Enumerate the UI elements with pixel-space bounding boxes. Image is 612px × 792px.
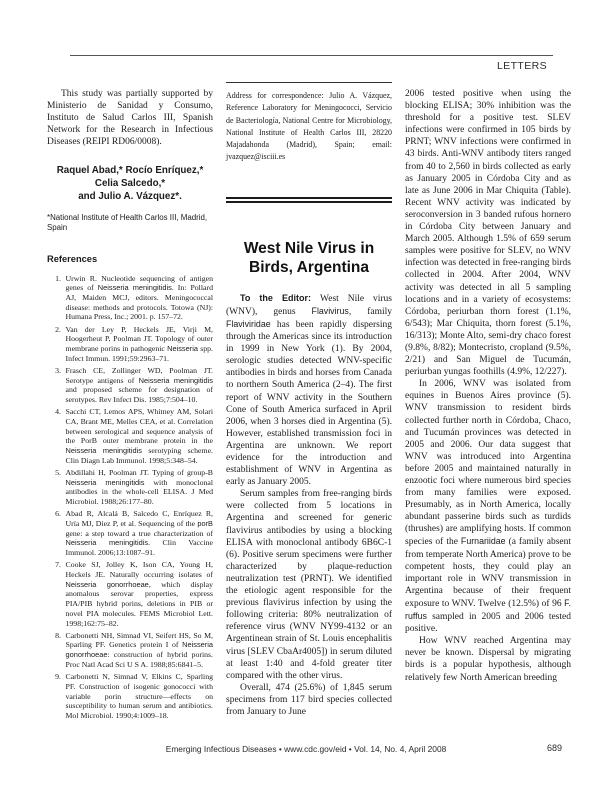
reference-number: 9. xyxy=(47,672,61,721)
references-list: 1.Urwin R. Nucleotide sequencing of anti… xyxy=(47,274,213,721)
reference-text: Sacchi CT, Lemos APS, Whitney AM, Solari… xyxy=(66,407,214,465)
reference-text: Van der Ley P, Heckels JE, Virji M, Hoog… xyxy=(66,325,214,364)
text-run: Neisseria meningitidis xyxy=(66,538,149,547)
author-block: Raquel Abad,* Rocío Enríquez,*Celia Salc… xyxy=(47,165,213,203)
reference-number: 7. xyxy=(47,560,61,628)
reference-item: 9.Carbonetti N, Simnad V, Elkins C, Spar… xyxy=(47,672,213,721)
acknowledgment-block: This study was partially supported by Mi… xyxy=(47,88,213,148)
text-run: Neisseria xyxy=(167,344,198,353)
text-run: 2006 tested positive when using the bloc… xyxy=(405,89,571,377)
journal-footer: Emerging Infectious Diseases • www.cdc.g… xyxy=(0,744,612,754)
article-divider xyxy=(226,197,392,203)
reference-item: 1.Urwin R. Nucleotide sequencing of anti… xyxy=(47,274,213,323)
left-column: This study was partially supported by Mi… xyxy=(47,82,213,744)
reference-number: 1. xyxy=(47,274,61,323)
text-run: Address for correspondence: Julio A. Váz… xyxy=(226,91,392,161)
right-column: 2006 tested positive when using the bloc… xyxy=(405,82,571,744)
paragraph: To the Editor: West Nile virus (WNV), ge… xyxy=(226,292,392,489)
reference-number: 2. xyxy=(47,325,61,364)
reference-item: 2.Van der Ley P, Heckels JE, Virji M, Ho… xyxy=(47,325,213,364)
paragraph: Overall, 474 (25.6%) of 1,845 serum spec… xyxy=(226,682,392,718)
page-columns: This study was partially supported by Mi… xyxy=(47,82,571,744)
text-run: sampled in 2005 and 2006 tested positive… xyxy=(405,612,571,634)
page-number: 689 xyxy=(547,743,562,753)
reference-item: 4.Sacchi CT, Lemos APS, Whitney AM, Sola… xyxy=(47,407,213,465)
text-run: porB xyxy=(197,519,213,528)
journal-page: LETTERS This study was partially support… xyxy=(0,0,612,792)
correspondence-block: Address for correspondence: Julio A. Váz… xyxy=(226,90,392,164)
text-run: and proposed scheme for designation of s… xyxy=(66,385,214,404)
text-run: , family xyxy=(349,307,392,317)
references-heading: References xyxy=(47,254,213,264)
text-run: Sacchi CT, Lemos APS, Whitney AM, Solari… xyxy=(66,407,214,445)
text-run: Neisseria meningitidis xyxy=(98,283,172,292)
text-run: gene: a step toward a true characterizat… xyxy=(66,529,214,538)
text-run: has been rapidly dispersing through the … xyxy=(226,320,392,487)
text-run: Flavivirus xyxy=(312,306,349,316)
affiliation-note: *National Institute of Health Carlos III… xyxy=(47,213,213,234)
text-run: (a family absent from temperate North Am… xyxy=(405,537,571,608)
reference-item: 5.Abdillahi H, Poolman JT. Typing of gro… xyxy=(47,468,213,507)
paragraph: Serum samples from free-ranging birds we… xyxy=(226,488,392,682)
reference-number: 8. xyxy=(47,631,61,670)
middle-column: Address for correspondence: Julio A. Váz… xyxy=(226,82,392,744)
reference-number: 6. xyxy=(47,509,61,558)
text-run: Flaviviridae xyxy=(226,319,271,329)
reference-number: 5. xyxy=(47,468,61,507)
text-run: Furnariidae xyxy=(461,536,506,546)
header-rule xyxy=(70,55,553,56)
text-run: Carbonetti N, Simnad V, Elkins C, Sparli… xyxy=(66,672,214,720)
reference-number: 3. xyxy=(47,366,61,405)
text-run: To the Editor: xyxy=(240,293,320,303)
text-line: and Julio A. Vázquez*. xyxy=(47,191,213,204)
reference-item: 8.Carbonetti NH, Simnad VI, Seifert HS, … xyxy=(47,631,213,670)
paragraph: 2006 tested positive when using the bloc… xyxy=(405,88,571,378)
text-run: Neisseria meningitidis xyxy=(66,446,142,455)
text-line: Celia Salcedo,* xyxy=(47,178,213,191)
article-title: West Nile Virus in Birds, Argentina xyxy=(226,239,392,277)
text-run: Neisseria gonorrhoeae xyxy=(66,580,149,589)
paragraph: Address for correspondence: Julio A. Váz… xyxy=(226,90,392,164)
reference-text: Abdillahi H, Poolman JT. Typing of group… xyxy=(66,468,214,507)
text-line: Raquel Abad,* Rocío Enríquez,* xyxy=(47,165,213,178)
reference-number: 4. xyxy=(47,407,61,465)
reference-text: Carbonetti N, Simnad V, Elkins C, Sparli… xyxy=(66,672,214,721)
reference-text: Urwin R. Nucleotide sequencing of antige… xyxy=(66,274,214,323)
section-label: LETTERS xyxy=(497,60,547,72)
text-run: Neisseria meningitidis xyxy=(66,478,145,487)
article-body: To the Editor: West Nile virus (WNV), ge… xyxy=(226,292,392,718)
text-run: Overall, 474 (25.6%) of 1,845 serum spec… xyxy=(226,683,392,717)
reference-text: Carbonetti NH, Simnad VI, Seifert HS, So… xyxy=(66,631,214,670)
reference-text: Cooke SJ, Jolley K, Ison CA, Young H, He… xyxy=(66,560,214,628)
paragraph: In 2006, WNV was isolated from equines i… xyxy=(405,378,571,635)
text-run: In 2006, WNV was isolated from equines i… xyxy=(405,379,571,547)
reference-text: Frasch CE, Zollinger WD, Poolman JT. Ser… xyxy=(66,366,214,405)
paragraph: How WNV reached Argentina may never be k… xyxy=(405,635,571,683)
paragraph: This study was partially supported by Mi… xyxy=(47,88,213,148)
article-body-continued: 2006 tested positive when using the bloc… xyxy=(405,88,571,684)
reference-item: 7.Cooke SJ, Jolley K, Ison CA, Young H, … xyxy=(47,560,213,628)
correspondence-rule xyxy=(226,82,392,83)
text-run: Abad R, Alcalá B, Salcedo C, Enríquez R,… xyxy=(66,509,214,528)
reference-text: Abad R, Alcalá B, Salcedo C, Enríquez R,… xyxy=(66,509,214,558)
text-run: This study was partially supported by Mi… xyxy=(47,89,213,147)
text-run: Cooke SJ, Jolley K, Ison CA, Young H, He… xyxy=(66,560,214,579)
text-run: How WNV reached Argentina may never be k… xyxy=(405,636,571,682)
text-run: Abdillahi H, Poolman JT. Typing of group… xyxy=(66,468,214,477)
reference-item: 6.Abad R, Alcalá B, Salcedo C, Enríquez … xyxy=(47,509,213,558)
text-run: Neisseria meningitidis xyxy=(139,376,213,385)
text-run: Serum samples from free-ranging birds we… xyxy=(226,489,392,680)
reference-item: 3.Frasch CE, Zollinger WD, Poolman JT. S… xyxy=(47,366,213,405)
